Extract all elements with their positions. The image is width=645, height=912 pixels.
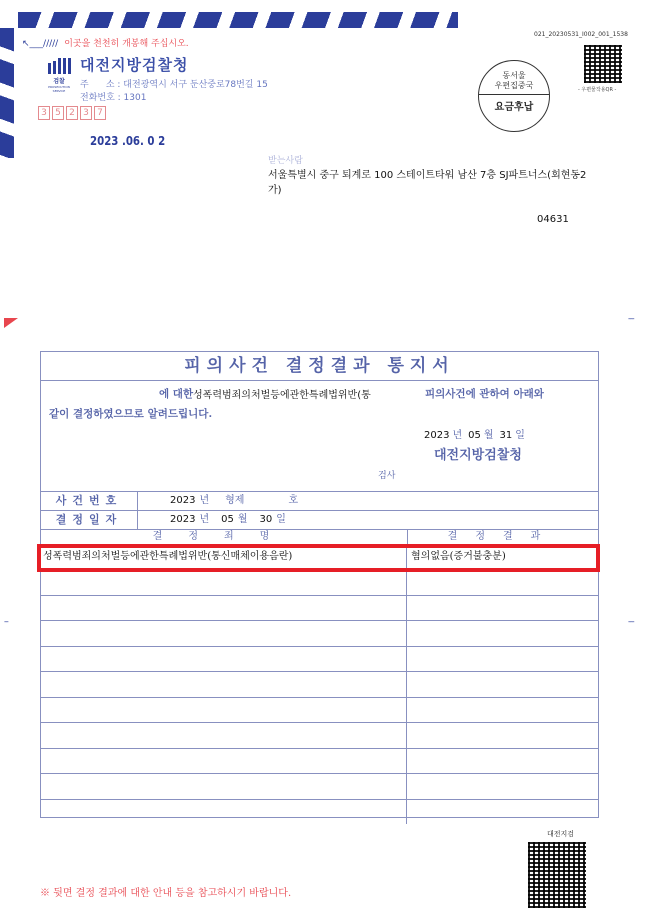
prosecution-logo: 검찰 PROSECUTION SERVICE bbox=[42, 58, 76, 93]
table-row bbox=[41, 697, 598, 723]
sender-address: 주 소 : 대전광역시 서구 둔산중로78번길 15 bbox=[80, 77, 268, 90]
fold-mark: --- bbox=[628, 617, 634, 626]
postmark-office: 동서울우편집중국 bbox=[479, 71, 549, 91]
charge-cell bbox=[41, 723, 407, 748]
decision-notice-form: 피의사건 결정결과 통지서 에 대한 성폭력범죄의처벌등에관한특례법위반(통 피… bbox=[40, 351, 599, 818]
fold-mark: -- bbox=[4, 617, 8, 626]
header-charge: 결정죄명 bbox=[41, 530, 408, 544]
open-instruction: ↖___/////이곳을 천천히 개봉해 주십시오. bbox=[22, 36, 189, 49]
result-cell bbox=[407, 749, 598, 774]
table-row bbox=[41, 646, 598, 672]
table-header: 결정죄명 결정결과 bbox=[41, 529, 598, 544]
postmark-stamp: 동서울우편집중국 요금후납 bbox=[478, 60, 550, 132]
table-row bbox=[41, 620, 598, 646]
open-instruction-text: 이곳을 천천히 개봉해 주십시오. bbox=[64, 39, 188, 49]
header-result: 결정결과 bbox=[408, 530, 598, 544]
result-cell bbox=[407, 570, 598, 595]
zip-digit: 3 bbox=[38, 106, 50, 120]
case-number-label: 사건번호 bbox=[41, 492, 138, 510]
document-code: 021_20230531_I002_001_1538 bbox=[534, 31, 628, 38]
decision-date-value: 2023년05월30일 bbox=[138, 511, 298, 529]
sender-zip: 3 5 2 3 7 bbox=[38, 106, 106, 120]
decision-date-label: 결정일자 bbox=[41, 511, 138, 529]
postmark-fee: 요금후납 bbox=[479, 98, 549, 113]
charge-cell bbox=[41, 570, 407, 595]
charge-cell bbox=[41, 621, 407, 646]
airmail-stripe-top bbox=[18, 12, 458, 28]
intro-post: 피의사건에 관하여 아래와 bbox=[425, 386, 544, 401]
result-cell bbox=[407, 596, 598, 621]
zip-digit: 3 bbox=[80, 106, 92, 120]
document-qr-code bbox=[528, 842, 586, 908]
recipient-address: 서울특별시 중구 퇴계로 100 스테이트타워 남산 7층 SJ파트너스(회현동… bbox=[268, 168, 588, 198]
prosecutor-label: 검사 bbox=[378, 468, 395, 481]
airmail-stripe-left bbox=[0, 28, 14, 158]
table-row bbox=[41, 748, 598, 774]
highlight-box bbox=[37, 544, 600, 572]
notice-title: 피의사건 결정결과 통지서 bbox=[41, 352, 598, 381]
zip-digit: 2 bbox=[66, 106, 78, 120]
sender-phone: 전화번호 : 1301 bbox=[80, 90, 146, 103]
result-cell bbox=[407, 723, 598, 748]
charge-cell bbox=[41, 596, 407, 621]
charge-cell bbox=[41, 749, 407, 774]
table-row bbox=[41, 671, 598, 697]
table-row bbox=[41, 595, 598, 621]
doc-qr-label: 대전지검 bbox=[547, 829, 574, 839]
postal-qr-code bbox=[584, 45, 622, 83]
zip-digit: 5 bbox=[52, 106, 64, 120]
result-cell bbox=[407, 647, 598, 672]
fold-corner-mark bbox=[4, 318, 18, 328]
table-row bbox=[41, 722, 598, 748]
intro-crime: 성폭력범죄의처벌등에관한특례법위반(통 bbox=[193, 386, 371, 401]
result-cell bbox=[407, 800, 598, 825]
case-number-value: 2023년형제호 bbox=[138, 492, 310, 510]
result-cell bbox=[407, 698, 598, 723]
recipient-zip: 04631 bbox=[537, 214, 569, 225]
footer-note: ※ 뒷면 결정 결과에 대한 안내 등을 참고하시기 바랍니다. bbox=[40, 884, 291, 899]
sender-name: 대전지방검찰청 bbox=[80, 54, 188, 75]
decision-date-row: 결정일자 2023년05월30일 bbox=[41, 510, 598, 529]
issue-date: 2023년05월31일 bbox=[424, 426, 531, 441]
charge-cell bbox=[41, 698, 407, 723]
table-row bbox=[41, 773, 598, 799]
case-number-row: 사건번호 2023년형제호 bbox=[41, 491, 598, 510]
logo-sub: PROSECUTION SERVICE bbox=[42, 85, 76, 93]
zip-digit: 7 bbox=[94, 106, 106, 120]
charge-cell bbox=[41, 672, 407, 697]
logo-bars-icon bbox=[42, 58, 76, 74]
charge-cell bbox=[41, 774, 407, 799]
recipient-label: 받는사람 bbox=[268, 153, 303, 166]
notice-intro-line2: 같이 결정하였으므로 알려드립니다. bbox=[49, 406, 212, 421]
postal-qr-label: - 우편물작용QR - bbox=[578, 86, 616, 93]
decision-table: 사건번호 2023년형제호 결정일자 2023년05월30일 결정죄명 결정결과… bbox=[41, 491, 598, 824]
charge-cell bbox=[41, 647, 407, 672]
tear-line-icon: ↖___///// bbox=[22, 39, 58, 49]
result-cell bbox=[407, 774, 598, 799]
charge-cell bbox=[41, 800, 407, 825]
table-row bbox=[41, 569, 598, 595]
fold-mark: --- bbox=[628, 314, 634, 323]
table-row bbox=[41, 799, 598, 825]
send-date-stamp: 2023 .06. 0 2 bbox=[90, 134, 165, 148]
logo-label: 검찰 bbox=[42, 76, 76, 85]
issuer-name: 대전지방검찰청 bbox=[434, 444, 522, 463]
result-cell bbox=[407, 672, 598, 697]
intro-pre: 에 대한 bbox=[159, 386, 193, 401]
result-cell bbox=[407, 621, 598, 646]
